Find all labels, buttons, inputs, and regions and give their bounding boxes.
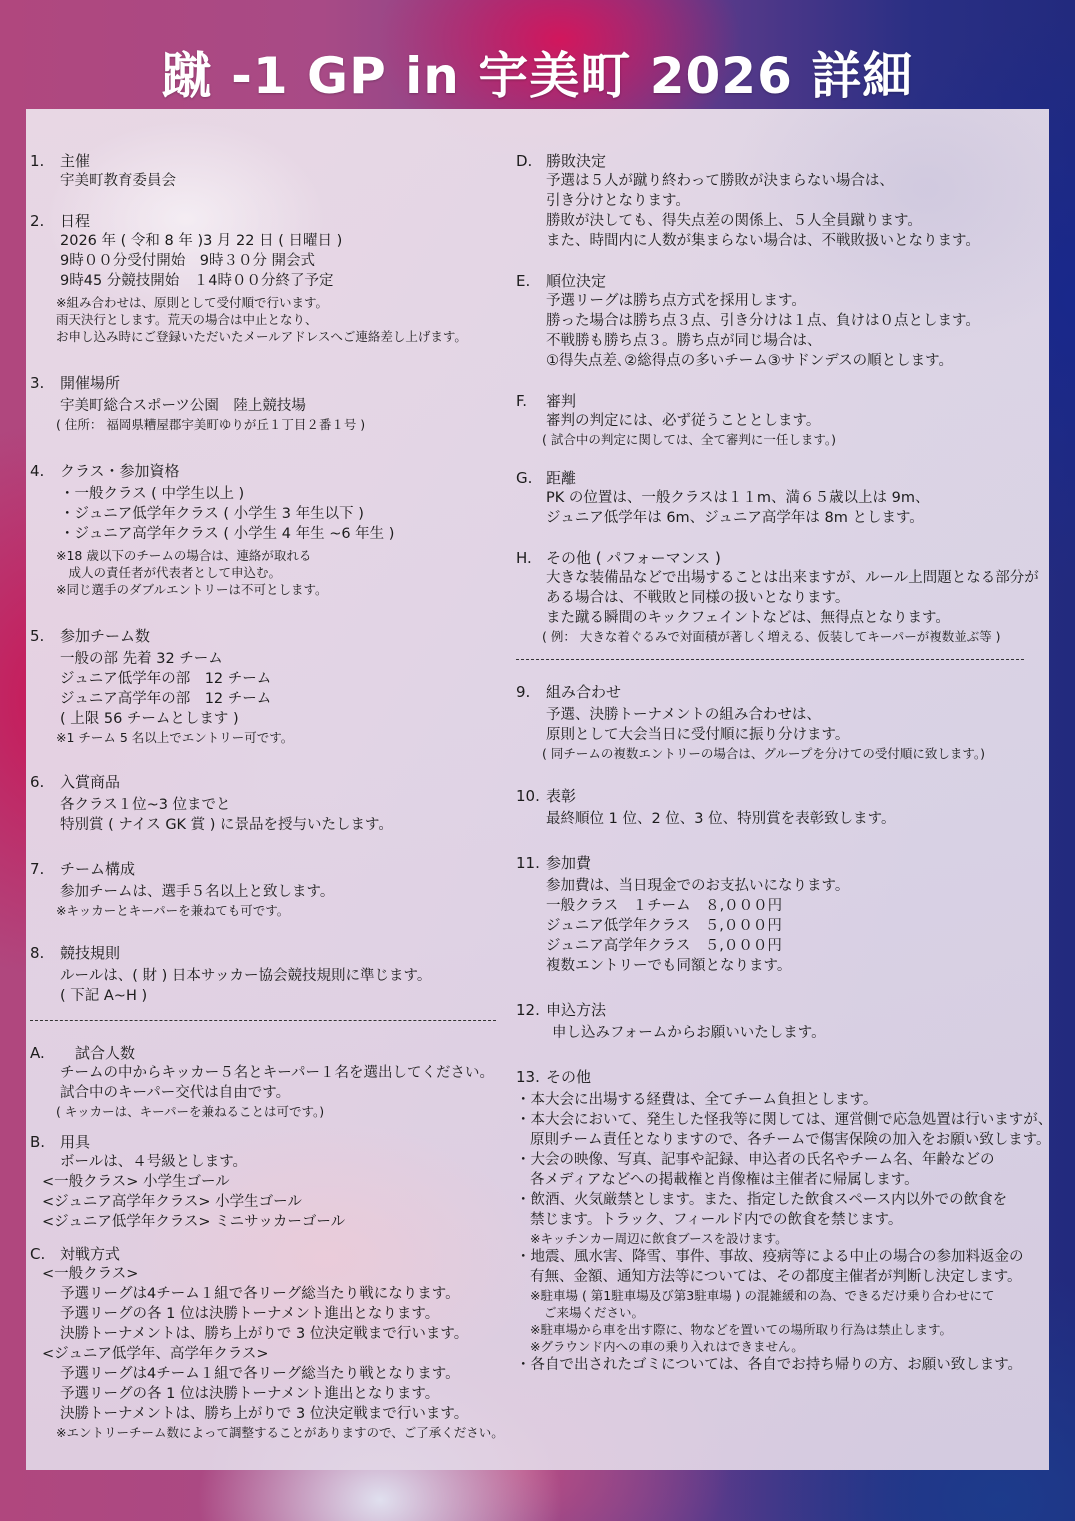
note: 雨天決行とします。荒天の場合は中止となり、 — [30, 311, 520, 328]
section-heading: 試合人数 — [60, 1043, 135, 1063]
section-number: B. — [30, 1132, 60, 1152]
section-heading: 勝敗決定 — [546, 151, 606, 171]
section-heading: 用具 — [60, 1132, 90, 1152]
section-number: C. — [30, 1244, 60, 1264]
note: ※キッチンカー周辺に飲食ブースを設けます。 — [516, 1230, 1056, 1247]
section-application: 12.申込方法 申し込みフォームからお願いいたします。 — [516, 1000, 1056, 1043]
section-number: D. — [516, 151, 546, 171]
format-line: 予選リーグは4チーム１組で各リーグ総当たり戦になります。 — [30, 1284, 520, 1304]
section-team-count: 5.参加チーム数 一般の部 先着 32 チーム ジュニア低学年の部 12 チーム… — [30, 626, 520, 746]
section-heading: 競技規則 — [60, 943, 120, 963]
section-number: G. — [516, 468, 546, 488]
section-grouping: 9.組み合わせ 予選、決勝トーナメントの組み合わせは、 原則として大会当日に受付… — [516, 682, 1056, 762]
section-heading: 順位決定 — [546, 271, 606, 291]
bullet-item: ・大会の映像、写真、記事や記録、申込者の氏名やチーム名、年齢などの — [516, 1150, 1056, 1170]
section-number: 13. — [516, 1067, 546, 1087]
section-number: E. — [516, 271, 546, 291]
team-count-line: 一般の部 先着 32 チーム — [30, 649, 520, 669]
section-players: A. 試合人数 チームの中からキッカー５名とキーパー１名を選出してください。 試… — [30, 1043, 520, 1120]
info-line: 原則として大会当日に受付順に振り分けます。 — [516, 725, 1056, 745]
schedule-time: 9時００分受付開始 9時３０分 開会式 — [30, 251, 520, 271]
note: ※組み合わせは、原則として受付順で行います。 — [30, 294, 520, 311]
rule-line: また蹴る瞬間のキックフェイントなどは、無得点となります。 — [516, 608, 1056, 628]
right-column: D.勝敗決定 予選は５人が蹴り終わって勝敗が決まらない場合は、 引き分けとなりま… — [516, 151, 1056, 1395]
rule-line: ある場合は、不戦敗と同様の扱いとなります。 — [516, 588, 1056, 608]
rule-line: 予選は５人が蹴り終わって勝敗が決まらない場合は、 — [516, 171, 1056, 191]
section-rules: 8.競技規則 ルールは、( 財 ) 日本サッカー協会競技規則に準じます。 ( 下… — [30, 943, 520, 1006]
rule-line: 勝敗が決しても、得失点差の関係上、５人全員蹴ります。 — [516, 211, 1056, 231]
section-number: 4. — [30, 461, 60, 481]
class-subheading: <一般クラス> — [30, 1264, 520, 1284]
goal-spec: <ジュニア高学年クラス> 小学生ゴール — [30, 1192, 520, 1212]
rules-line: ルールは、( 財 ) 日本サッカー協会競技規則に準じます。 — [30, 966, 520, 986]
section-fees: 11.参加費 参加費は、当日現金でのお支払いになります。 一般クラス １チーム … — [516, 853, 1056, 976]
section-heading: 参加費 — [546, 853, 591, 873]
fee-line: ジュニア高学年クラス ５,０００円 — [516, 936, 1056, 956]
class-item: ・ジュニア低学年クラス ( 小学生 3 年生以下 ) — [30, 504, 520, 524]
team-count-line: ジュニア高学年の部 12 チーム — [30, 689, 520, 709]
players-line: 試合中のキーパー交代は自由です。 — [30, 1083, 520, 1103]
section-heading: クラス・参加資格 — [60, 461, 180, 481]
section-number: A. — [30, 1043, 60, 1063]
section-performance: H.その他 ( パフォーマンス ) 大きな装備品などで出場することは出来ますが、… — [516, 548, 1056, 645]
note: ※駐車場 ( 第1駐車場及び第3駐車場 ) の混雑緩和の為、できるだけ乗り合わせ… — [516, 1287, 1056, 1304]
bullet-item-cont: 禁じます。トラック、フィールド内での飲食を禁じます。 — [516, 1210, 1056, 1230]
section-number: 7. — [30, 859, 60, 879]
note: ( 試合中の判定に関しては、全て審判に一任します。) — [516, 431, 1056, 448]
class-subheading: <ジュニア低学年、高学年クラス> — [30, 1344, 520, 1364]
organizer-name: 宇美町教育委員会 — [30, 171, 520, 191]
team-count-line: ( 上限 56 チームとします ) — [30, 709, 520, 729]
section-heading: 表彰 — [546, 786, 576, 806]
goal-spec: <一般クラス> 小学生ゴール — [30, 1172, 520, 1192]
rule-line: 不戦勝も勝ち点３。勝ち点が同じ場合は、 — [516, 331, 1056, 351]
section-number: 6. — [30, 772, 60, 792]
section-win-decision: D.勝敗決定 予選は５人が蹴り終わって勝敗が決まらない場合は、 引き分けとなりま… — [516, 151, 1056, 251]
format-line: 決勝トーナメントは、勝ち上がりで 3 位決定戦まで行います。 — [30, 1404, 520, 1424]
section-organizer: 1.主催 宇美町教育委員会 — [30, 151, 520, 191]
bullet-item: ・本大会に出場する経費は、全てチーム負担とします。 — [516, 1090, 1056, 1110]
note: ※駐車場から車を出す際に、物などを置いての場所取り行為は禁止します。 — [516, 1321, 1056, 1338]
note: ※同じ選手のダブルエントリーは不可とします。 — [30, 581, 520, 598]
team-count-line: ジュニア低学年の部 12 チーム — [30, 669, 520, 689]
info-line: 最終順位 1 位、2 位、3 位、特別賞を表彰致します。 — [516, 809, 1056, 829]
rule-line: 大きな装備品などで出場することは出来ますが、ルール上問題となる部分が — [516, 568, 1056, 588]
note: ※エントリーチーム数によって調整することがありますので、ご了承ください。 — [30, 1424, 520, 1441]
prize-line: 各クラス１位~3 位までと — [30, 795, 520, 815]
section-heading: 審判 — [546, 391, 576, 411]
section-heading: 参加チーム数 — [60, 626, 150, 646]
rule-line: ①得失点差､②総得点の多いチーム③サドンデスの順とします。 — [516, 351, 1056, 371]
prize-line: 特別賞 ( ナイス GK 賞 ) に景品を授与いたします。 — [30, 815, 520, 835]
section-team-composition: 7.チーム構成 参加チームは、選手５名以上と致します。 ※キッカーとキーパーを兼… — [30, 859, 520, 919]
fee-line: ジュニア低学年クラス ５,０００円 — [516, 916, 1056, 936]
section-number: 1. — [30, 151, 60, 171]
section-number: 2. — [30, 211, 60, 231]
fee-line: 複数エントリーでも同額となります。 — [516, 956, 1056, 976]
page-title: 蹴 -1 GP in 宇美町 2026 詳細 — [0, 36, 1075, 108]
class-item: ・ジュニア高学年クラス ( 小学生 4 年生 ~6 年生 ) — [30, 524, 520, 544]
fee-line: 一般クラス １チーム ８,０００円 — [516, 896, 1056, 916]
format-line: 決勝トーナメントは、勝ち上がりで 3 位決定戦まで行います。 — [30, 1324, 520, 1344]
section-number: 10. — [516, 786, 546, 806]
rule-line: 予選リーグは勝ち点方式を採用します。 — [516, 291, 1056, 311]
note: ※グラウンド内への車の乗り入れはできません。 — [516, 1338, 1056, 1355]
section-heading: その他 — [546, 1067, 591, 1087]
rules-line: ( 下記 A~H ) — [30, 986, 520, 1006]
bullet-item: ・本大会において、発生した怪我等に関しては、運営側で応急処置は行いますが、 — [516, 1110, 1056, 1130]
section-number: 11. — [516, 853, 546, 873]
note-cont: ご来場ください。 — [516, 1304, 1056, 1321]
note: ( 同チームの複数エントリーの場合は、グループを分けての受付順に致します。) — [516, 745, 1056, 762]
schedule-date: 2026 年 ( 令和 8 年 )3 月 22 日 ( 日曜日 ) — [30, 231, 520, 251]
section-heading: 対戦方式 — [60, 1244, 120, 1264]
note: お申し込み時にご登録いただいたメールアドレスへご連絡差し上げます。 — [30, 328, 520, 345]
players-line: チームの中からキッカー５名とキーパー１名を選出してください。 — [30, 1063, 520, 1083]
rule-line: ジュニア低学年は 6m、ジュニア高学年は 8m とします。 — [516, 508, 1056, 528]
rule-line: また、時間内に人数が集まらない場合は、不戦敗扱いとなります。 — [516, 231, 1056, 251]
bullet-item-cont: 各メディアなどへの掲載権と肖像権は主催者に帰属します。 — [516, 1170, 1056, 1190]
note: ( 例： 大きな着ぐるみで対面積が著しく増える、仮装してキーパーが複数並ぶ等 ) — [516, 628, 1056, 645]
section-distance: G.距離 PK の位置は、一般クラスは１１m、満６５歳以上は 9m、 ジュニア低… — [516, 468, 1056, 528]
section-classes: 4.クラス・参加資格 ・一般クラス ( 中学生以上 ) ・ジュニア低学年クラス … — [30, 461, 520, 598]
section-awards: 10.表彰 最終順位 1 位、2 位、3 位、特別賞を表彰致します。 — [516, 786, 1056, 829]
section-number: 12. — [516, 1000, 546, 1020]
left-column: 1.主催 宇美町教育委員会 2.日程 2026 年 ( 令和 8 年 )3 月 … — [30, 151, 520, 1461]
bullet-item: ・各自で出されたゴミについては、各自でお持ち帰りの方、お願い致します。 — [516, 1355, 1056, 1375]
note: 成人の責任者が代表者として申込む。 — [30, 564, 520, 581]
section-ranking: E.順位決定 予選リーグは勝ち点方式を採用します。 勝った場合は勝ち点３点、引き… — [516, 271, 1056, 371]
section-venue: 3.開催場所 宇美町総合スポーツ公園 陸上競技場 ( 住所： 福岡県糟屋郡宇美町… — [30, 373, 520, 433]
fee-line: 参加費は、当日現金でのお支払いになります。 — [516, 876, 1056, 896]
section-number: 8. — [30, 943, 60, 963]
section-referee: F.審判 審判の判定には、必ず従うこととします。 ( 試合中の判定に関しては、全… — [516, 391, 1056, 448]
section-heading: 入賞商品 — [60, 772, 120, 792]
class-item: ・一般クラス ( 中学生以上 ) — [30, 484, 520, 504]
venue-address: ( 住所： 福岡県糟屋郡宇美町ゆりが丘１丁目２番１号 ) — [30, 416, 520, 433]
dashed-divider — [516, 659, 1024, 660]
section-number: 5. — [30, 626, 60, 646]
bullet-item-cont: 有無、金額、通知方法等については、その都度主催者が判断し決定します。 — [516, 1267, 1056, 1287]
section-other: 13.その他 ・本大会に出場する経費は、全てチーム負担とします。 ・本大会におい… — [516, 1067, 1056, 1375]
composition-line: 参加チームは、選手５名以上と致します。 — [30, 882, 520, 902]
note: ※キッカーとキーパーを兼ねても可です。 — [30, 902, 520, 919]
section-heading: 組み合わせ — [546, 682, 621, 702]
section-number: F. — [516, 391, 546, 411]
section-equipment: B.用具 ボールは、４号級とします。 <一般クラス> 小学生ゴール <ジュニア高… — [30, 1132, 520, 1232]
section-number: 3. — [30, 373, 60, 393]
section-heading: その他 ( パフォーマンス ) — [546, 548, 721, 568]
venue-name: 宇美町総合スポーツ公園 陸上競技場 — [30, 396, 520, 416]
section-schedule: 2.日程 2026 年 ( 令和 8 年 )3 月 22 日 ( 日曜日 ) 9… — [30, 211, 520, 345]
section-heading: 開催場所 — [60, 373, 120, 393]
note: ※18 歳以下のチームの場合は、連絡が取れる — [30, 547, 520, 564]
format-line: 予選リーグの各 1 位は決勝トーナメント進出となります。 — [30, 1384, 520, 1404]
dashed-divider — [30, 1020, 496, 1021]
rule-line: 審判の判定には、必ず従うこととします。 — [516, 411, 1056, 431]
section-number: H. — [516, 548, 546, 568]
section-heading: チーム構成 — [60, 859, 135, 879]
info-line: 予選、決勝トーナメントの組み合わせは、 — [516, 705, 1056, 725]
info-line: 申し込みフォームからお願いいたします。 — [516, 1023, 1056, 1043]
format-line: 予選リーグは4チーム１組で各リーグ総当たり戦となります。 — [30, 1364, 520, 1384]
rule-line: 勝った場合は勝ち点３点、引き分けは１点、負けは０点とします。 — [516, 311, 1056, 331]
rule-line: PK の位置は、一般クラスは１１m、満６５歳以上は 9m、 — [516, 488, 1056, 508]
goal-spec: <ジュニア低学年クラス> ミニサッカーゴール — [30, 1212, 520, 1232]
section-match-format: C.対戦方式 <一般クラス> 予選リーグは4チーム１組で各リーグ総当たり戦になり… — [30, 1244, 520, 1441]
section-number: 9. — [516, 682, 546, 702]
schedule-time: 9時45 分競技開始 １4時００分終了予定 — [30, 271, 520, 291]
equipment-line: ボールは、４号級とします。 — [30, 1152, 520, 1172]
details-panel: 1.主催 宇美町教育委員会 2.日程 2026 年 ( 令和 8 年 )3 月 … — [26, 109, 1049, 1470]
section-heading: 申込方法 — [546, 1000, 606, 1020]
format-line: 予選リーグの各 1 位は決勝トーナメント進出となります。 — [30, 1304, 520, 1324]
bullet-item-cont: 原則チーム責任となりますので、各チームで傷害保険の加入をお願い致します。 — [516, 1130, 1056, 1150]
note: ( キッカーは、キーパーを兼ねることは可です。) — [30, 1103, 520, 1120]
section-heading: 距離 — [546, 468, 576, 488]
section-heading: 日程 — [60, 211, 90, 231]
section-heading: 主催 — [60, 151, 90, 171]
note: ※1 チーム 5 名以上でエントリー可です。 — [30, 729, 520, 746]
section-prizes: 6.入賞商品 各クラス１位~3 位までと 特別賞 ( ナイス GK 賞 ) に景… — [30, 772, 520, 835]
rule-line: 引き分けとなります。 — [516, 191, 1056, 211]
bullet-item: ・地震、風水害、降雪、事件、事故、疫病等による中止の場合の参加料返金の — [516, 1247, 1056, 1267]
bullet-item: ・飲酒、火気厳禁とします。また、指定した飲食スペース内以外での飲食を — [516, 1190, 1056, 1210]
